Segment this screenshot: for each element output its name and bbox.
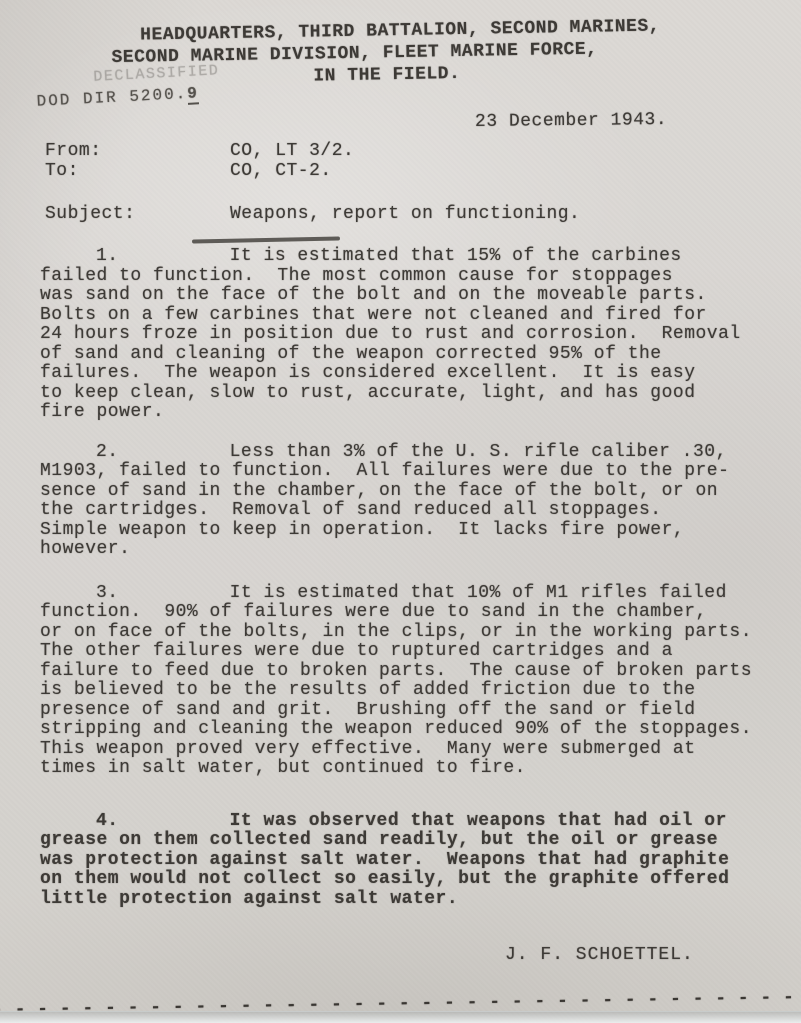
paragraph-first-line-text: Less than 3% of the U. S. rifle caliber … [230, 443, 727, 463]
paragraph-line: This weapon proved very effective. Many … [40, 740, 785, 760]
paragraph: 2.Less than 3% of the U. S. rifle calibe… [40, 443, 785, 560]
paragraph-line: Simple weapon to keep in operation. It l… [40, 521, 785, 541]
paragraph-line: Bolts on a few carbines that were not cl… [40, 306, 785, 326]
paragraph: 4.It was observed that weapons that had … [40, 812, 785, 910]
paragraph-line: 24 hours froze in position due to rust a… [40, 325, 785, 345]
paragraph-line: was protection against salt water. Weapo… [40, 851, 785, 871]
paragraph: 1.It is estimated that 15% of the carbin… [40, 247, 785, 423]
paragraph-line: of sand and cleaning of the weapon corre… [40, 345, 785, 365]
address-block: From: CO, LT 3/2. To: CO, CT-2. Subject:… [45, 142, 580, 225]
paragraph-line: fire power. [40, 403, 785, 423]
paragraph-line: grease on them collected sand readily, b… [40, 831, 785, 851]
paragraph-first-line-text: It was observed that weapons that had oi… [230, 812, 727, 832]
paragraph-line: or on face of the bolts, in the clips, o… [40, 623, 785, 643]
paragraph-line: The other failures were due to ruptured … [40, 642, 785, 662]
from-value: CO, LT 3/2. [230, 142, 354, 162]
paragraph-number: 1. [96, 247, 119, 267]
paragraph-line: failures. The weapon is considered excel… [40, 364, 785, 384]
to-label: To: [45, 162, 230, 182]
paragraph-line: 3.It is estimated that 10% of M1 rifles … [40, 584, 785, 604]
paragraph-line: however. [40, 540, 785, 560]
paragraph-line: M1903, failed to function. All failures … [40, 462, 785, 482]
paragraph-line: 1.It is estimated that 15% of the carbin… [40, 247, 785, 267]
paragraph-line: sence of sand in the chamber, on the fac… [40, 482, 785, 502]
paragraph-line: on them would not collect so easily, but… [40, 870, 785, 890]
from-label: From: [45, 142, 230, 162]
paragraph-first-line-text: It is estimated that 15% of the carbines [230, 247, 682, 267]
letterhead: HEADQUARTERS, THIRD BATTALION, SECOND MA… [0, 13, 801, 93]
paragraph-line: presence of sand and grit. Brushing off … [40, 701, 785, 721]
subject-underline [192, 236, 340, 243]
paragraph-line: function. 90% of failures were due to sa… [40, 603, 785, 623]
document-page: DECLASSIFIED DOD DIR 5200.9 HEADQUARTERS… [0, 0, 801, 1023]
to-value: CO, CT-2. [230, 162, 332, 182]
paragraph-number: 3. [96, 584, 119, 604]
paragraph: 3.It is estimated that 10% of M1 rifles … [40, 584, 785, 779]
paragraph-number: 4. [96, 812, 119, 832]
to-row: To: CO, CT-2. [45, 162, 580, 182]
subject-value: Weapons, report on functioning. [230, 205, 580, 225]
signature: J. F. SCHOETTEL. [505, 946, 694, 966]
paragraph-line: was sand on the face of the bolt and on … [40, 286, 785, 306]
paragraph-line: the cartridges. Removal of sand reduced … [40, 501, 785, 521]
paragraph-line: 4.It was observed that weapons that had … [40, 812, 785, 832]
paragraph-line: failed to function. The most common caus… [40, 267, 785, 287]
subject-label: Subject: [45, 205, 230, 225]
scan-bottom-edge [0, 1011, 801, 1023]
paragraph-line: to keep clean, slow to rust, accurate, l… [40, 384, 785, 404]
paragraph-line: stripping and cleaning the weapon reduce… [40, 720, 785, 740]
body-paragraphs: 1.It is estimated that 15% of the carbin… [40, 247, 785, 909]
paragraph-line: is believed to be the results of added f… [40, 681, 785, 701]
paragraph-line: failure to feed due to broken parts. The… [40, 662, 785, 682]
paragraph-line: times in salt water, but continued to fi… [40, 759, 785, 779]
paragraph-line: little protection against salt water. [40, 890, 785, 910]
paragraph-first-line-text: It is estimated that 10% of M1 rifles fa… [230, 584, 727, 604]
paragraph-number: 2. [96, 443, 119, 463]
from-row: From: CO, LT 3/2. [45, 142, 580, 162]
paragraph-line: 2.Less than 3% of the U. S. rifle calibe… [40, 443, 785, 463]
date: 23 December 1943. [475, 111, 667, 133]
subject-row: Subject: Weapons, report on functioning. [45, 205, 580, 225]
